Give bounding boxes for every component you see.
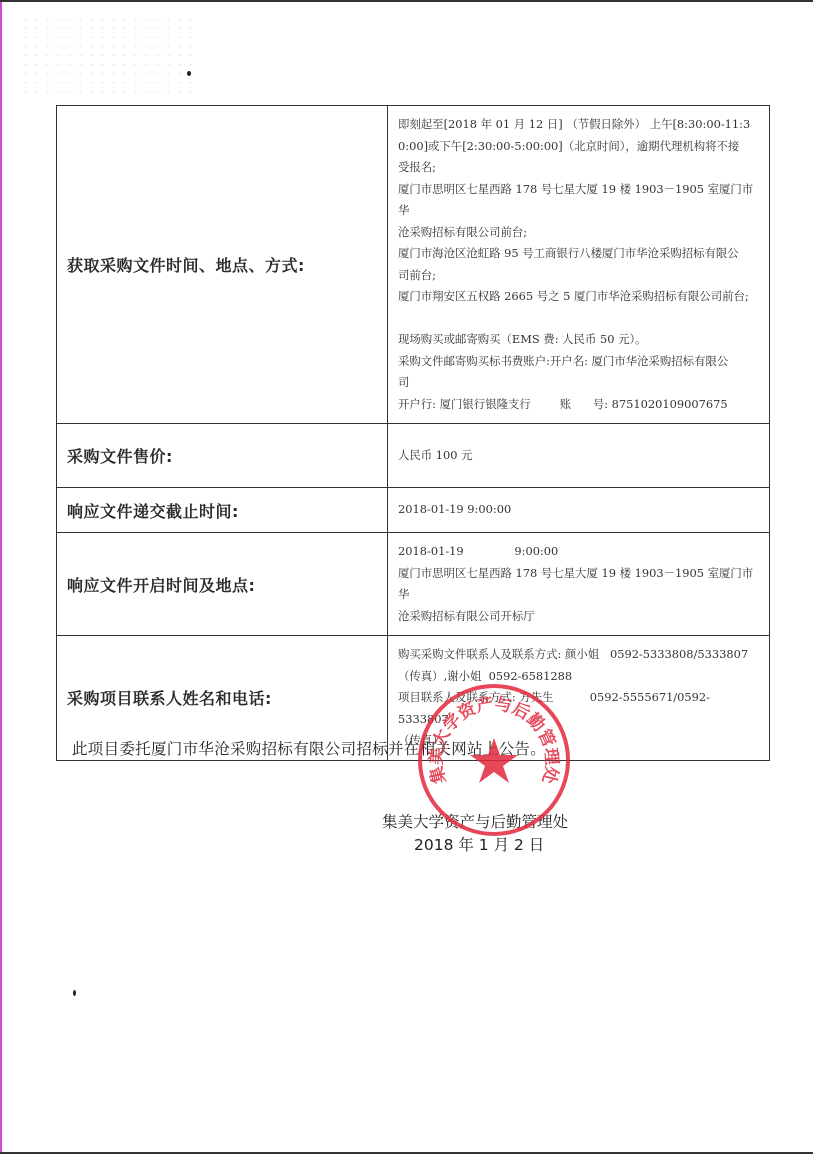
- row-value: 2018-01-19 9:00:00 厦门市思明区七星西路 178 号七星大厦 …: [388, 533, 770, 636]
- value-line: 司: [398, 372, 759, 394]
- value-line: 0:00]或下午[2:30:00-5:00:00]（北京时间），逾期代理机构将不…: [398, 136, 759, 158]
- value-line: 即刻起至[2018 年 01 月 12 日] （节假日除外） 上午[8:30:0…: [398, 114, 759, 136]
- row-label: 响应文件开启时间及地点:: [57, 533, 388, 636]
- row-label: 获取采购文件时间、地点、方式:: [57, 106, 388, 424]
- procurement-info-table: 获取采购文件时间、地点、方式: 即刻起至[2018 年 01 月 12 日] （…: [56, 105, 770, 761]
- table-row: 响应文件递交截止时间: 2018-01-19 9:00:00: [57, 488, 770, 533]
- value-line: 2018-01-19 9:00:00: [398, 541, 759, 563]
- row-value: 人民币 100 元: [388, 424, 770, 488]
- value-line: 司前台;: [398, 265, 759, 287]
- value-line: 沧采购招标有限公司开标厅: [398, 606, 759, 628]
- value-line: 受报名;: [398, 157, 759, 179]
- table-row: 采购文件售价: 人民币 100 元: [57, 424, 770, 488]
- value-line: 现场购买或邮寄购买（EMS 费: 人民币 50 元）。: [398, 329, 759, 351]
- row-value: 即刻起至[2018 年 01 月 12 日] （节假日除外） 上午[8:30:0…: [388, 106, 770, 424]
- table-row: 响应文件开启时间及地点: 2018-01-19 9:00:00 厦门市思明区七星…: [57, 533, 770, 636]
- value-line: 厦门市海沧区沧虹路 95 号工商银行八楼厦门市华沧采购招标有限公: [398, 243, 759, 265]
- value-line: 开户行: 厦门银行银隆支行 账 号: 8751020109007675: [398, 394, 759, 416]
- value-line: 厦门市思明区七星西路 178 号七星大厦 19 楼 1903－1905 室厦门市…: [398, 179, 759, 222]
- row-label: 响应文件递交截止时间:: [57, 488, 388, 533]
- scan-speck: [73, 990, 76, 996]
- page-edge: [0, 0, 2, 1154]
- row-label: 采购文件售价:: [57, 424, 388, 488]
- blank-line: [398, 308, 759, 330]
- value-line: 项目联系人及联系方式: 方先生 0592-5555671/0592-533380…: [398, 687, 759, 730]
- value-line: 厦门市思明区七星西路 178 号七星大厦 19 楼 1903－1905 室厦门市…: [398, 563, 759, 606]
- value-line: 购买采购文件联系人及联系方式: 颜小姐 0592-5333808/5333807: [398, 644, 759, 666]
- signature-organization: 集美大学资产与后勤管理处: [382, 810, 568, 832]
- table-row: 获取采购文件时间、地点、方式: 即刻起至[2018 年 01 月 12 日] （…: [57, 106, 770, 424]
- footer-note: 此项目委托厦门市华沧采购招标有限公司招标并在相关网站上公告。: [72, 737, 546, 759]
- scan-noise: [20, 15, 200, 95]
- row-value: 2018-01-19 9:00:00: [388, 488, 770, 533]
- signature-date: 2018 年 1 月 2 日: [414, 833, 544, 855]
- value-line: 2018-01-19 9:00:00: [398, 499, 759, 521]
- value-line: （传真）,谢小姐 0592-6581288: [398, 666, 759, 688]
- page-edge: [0, 0, 813, 2]
- value-line: 采购文件邮寄购买标书费账户:开户名: 厦门市华沧采购招标有限公: [398, 351, 759, 373]
- scan-speck: [187, 71, 191, 76]
- value-line: 沧采购招标有限公司前台;: [398, 222, 759, 244]
- value-line: 人民币 100 元: [398, 445, 759, 467]
- value-line: 厦门市翔安区五权路 2665 号之 5 厦门市华沧采购招标有限公司前台;: [398, 286, 759, 308]
